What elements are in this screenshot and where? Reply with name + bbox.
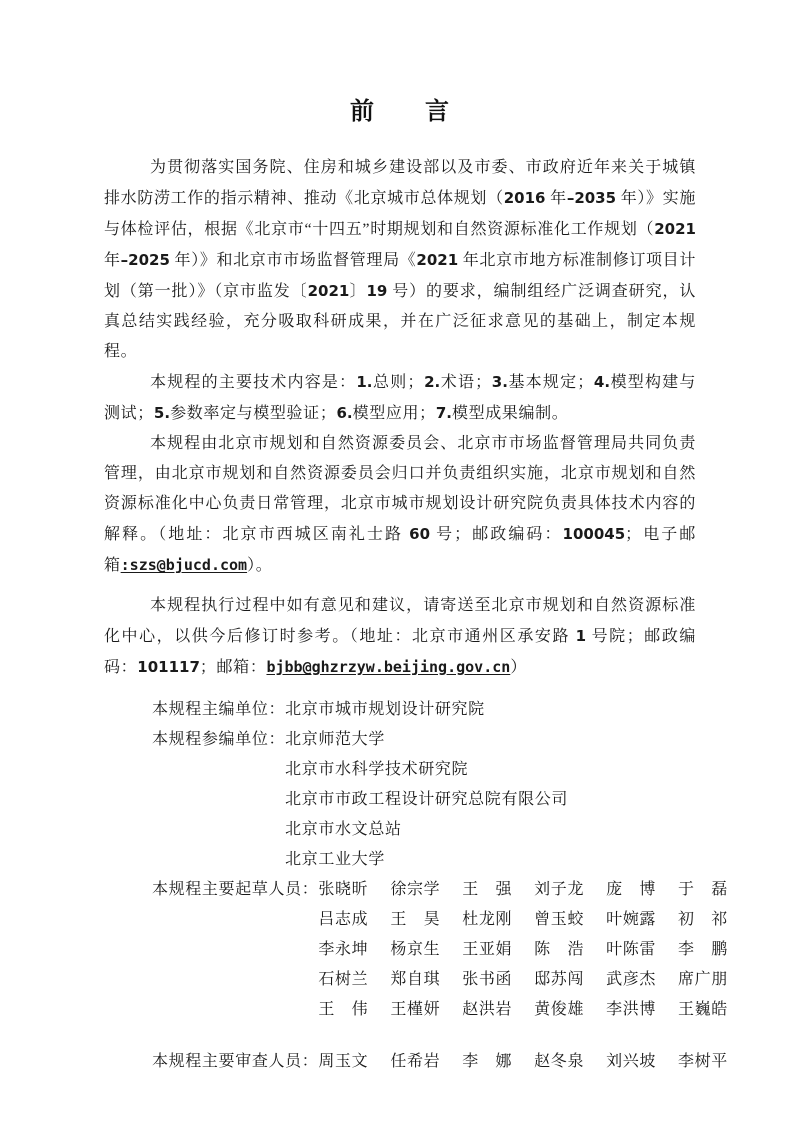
person-name: 陈 浩 (534, 935, 584, 965)
person-name: 叶婉露 (606, 905, 656, 935)
credit-values: 周玉文任希岩李 娜赵冬泉刘兴坡李树平 (318, 1047, 696, 1077)
person-name: 刘兴坡 (606, 1047, 656, 1077)
credit-label: 本规程主要起草人员： (152, 875, 318, 905)
person-name: 李 鹏 (678, 935, 728, 965)
number-text: 7. (436, 404, 452, 422)
number-text: 2021 (416, 251, 458, 269)
credit-line: 周玉文任希岩李 娜赵冬泉刘兴坡李树平 (318, 1047, 696, 1077)
credit-values: 北京市城市规划设计研究院 (285, 695, 696, 725)
document-background: { "title": "前 言", "colors": { "text": "#… (0, 0, 800, 1133)
organization-name: 北京市市政工程设计研究总院有限公司 (285, 785, 568, 815)
email-link[interactable]: :szs@bjucd.com (121, 556, 247, 574)
person-name: 王巍皓 (678, 995, 728, 1025)
number-text: 4. (594, 373, 610, 391)
organization-name: 北京市城市规划设计研究院 (285, 695, 485, 725)
organization-name: 北京师范大学 (285, 725, 385, 755)
credit-line: 北京市市政工程设计研究总院有限公司 (285, 785, 696, 815)
text-run: ；邮箱： (200, 659, 267, 676)
number-text: –2035 (567, 189, 616, 207)
number-text: 2021 (654, 220, 696, 238)
credit-values: 张晓昕徐宗学王 强刘子龙庞 博于 磊吕志成王 昊杜龙刚曾玉蛟叶婉露初 祁李永坤杨… (318, 875, 696, 1025)
credit-row: 本规程主要审查人员：周玉文任希岩李 娜赵冬泉刘兴坡李树平 (152, 1047, 696, 1077)
number-text: 60 (409, 525, 430, 543)
person-name: 张书函 (462, 965, 512, 995)
credit-line: 吕志成王 昊杜龙刚曾玉蛟叶婉露初 祁 (318, 905, 696, 935)
person-name: 杨京生 (390, 935, 440, 965)
number-text: 1 (576, 627, 586, 645)
organization-name: 北京市水科学技术研究院 (285, 755, 468, 785)
person-name: 黄俊雄 (534, 995, 584, 1025)
text-run: 模型应用； (353, 405, 436, 422)
text-run: 术语； (440, 374, 492, 391)
text-run: 〕 (349, 283, 366, 300)
credit-row: 本规程主要起草人员：张晓昕徐宗学王 强刘子龙庞 博于 磊吕志成王 昊杜龙刚曾玉蛟… (152, 875, 696, 1025)
person-name: 周玉文 (318, 1047, 368, 1077)
person-name: 王 强 (462, 875, 512, 905)
person-name: 王 伟 (318, 995, 368, 1025)
number-text: 2021 (308, 282, 350, 300)
person-name: 李 娜 (462, 1047, 512, 1077)
credit-line: 北京市水文总站 (285, 815, 696, 845)
person-name: 王 昊 (390, 905, 440, 935)
paragraph: 本规程执行过程中如有意见和建议，请寄送至北京市规划和自然资源标准化中心，以供今后… (104, 591, 696, 683)
credit-line: 北京工业大学 (285, 845, 696, 875)
person-name: 赵洪岩 (462, 995, 512, 1025)
person-name: 王槿妍 (390, 995, 440, 1025)
number-text: 3. (492, 373, 508, 391)
text-run: 参数率定与模型验证； (170, 405, 336, 422)
text-run: 基本规定； (508, 374, 594, 391)
text-run: 年 (104, 252, 121, 269)
number-text: 100045 (563, 525, 626, 543)
person-name: 邸苏闯 (534, 965, 584, 995)
person-name: 庞 博 (606, 875, 656, 905)
person-name: 张晓昕 (318, 875, 368, 905)
page-title: 前 言 (104, 93, 696, 129)
number-text: 19 (366, 282, 387, 300)
credit-line: 张晓昕徐宗学王 强刘子龙庞 博于 磊 (318, 875, 696, 905)
credit-values: 北京师范大学北京市水科学技术研究院北京市市政工程设计研究总院有限公司北京市水文总… (285, 725, 696, 875)
person-name: 初 祁 (678, 905, 728, 935)
person-name: 王亚娟 (462, 935, 512, 965)
number-text: –2025 (121, 251, 170, 269)
paragraph: 本规程由北京市规划和自然资源委员会、北京市市场监督管理局共同负责管理，由北京市规… (104, 429, 696, 581)
number-text: 101117 (137, 658, 200, 676)
credit-line: 石树兰郑自琪张书函邸苏闯武彦杰席广朋 (318, 965, 696, 995)
person-name: 于 磊 (678, 875, 728, 905)
credits-section: 本规程主编单位：北京市城市规划设计研究院本规程参编单位：北京师范大学北京市水科学… (104, 695, 696, 1077)
number-text: 1. (356, 373, 372, 391)
text-run: 模型成果编制。 (452, 405, 568, 422)
person-name: 赵冬泉 (534, 1047, 584, 1077)
person-name: 武彦杰 (606, 965, 656, 995)
text-run: ）。 (247, 557, 272, 574)
email-link[interactable]: bjbb@ghzrzyw.beijing.gov.cn (266, 658, 510, 676)
preface-paragraphs: 为贯彻落实国务院、住房和城乡建设部以及市委、市政府近年来关于城镇排水防涝工作的指… (104, 153, 696, 683)
text-run: 号；邮政编码： (430, 526, 563, 543)
person-name: 叶陈雷 (606, 935, 656, 965)
credit-line: 北京师范大学 (285, 725, 696, 755)
person-name: 任希岩 (390, 1047, 440, 1077)
credit-label: 本规程参编单位： (152, 725, 285, 755)
person-name: 李洪博 (606, 995, 656, 1025)
text-run: ） (510, 659, 527, 676)
number-text: 2. (424, 373, 440, 391)
person-name: 刘子龙 (534, 875, 584, 905)
person-name: 李永坤 (318, 935, 368, 965)
text-run: 本规程的主要技术内容是： (150, 374, 356, 391)
organization-name: 北京工业大学 (285, 845, 385, 875)
person-name: 徐宗学 (390, 875, 440, 905)
person-name: 石树兰 (318, 965, 368, 995)
number-text: 6. (336, 404, 352, 422)
credit-row: 本规程主编单位：北京市城市规划设计研究院 (152, 695, 696, 725)
person-name: 席广朋 (678, 965, 728, 995)
person-name: 李树平 (678, 1047, 728, 1077)
person-name: 曾玉蛟 (534, 905, 584, 935)
credit-line: 李永坤杨京生王亚娟陈 浩叶陈雷李 鹏 (318, 935, 696, 965)
paragraph: 本规程的主要技术内容是：1.总则；2.术语；3.基本规定；4.模型构建与测试；5… (104, 367, 696, 429)
text-run: 总则； (372, 374, 424, 391)
credit-line: 王 伟王槿妍赵洪岩黄俊雄李洪博王巍皓 (318, 995, 696, 1025)
organization-name: 北京市水文总站 (285, 815, 401, 845)
credit-label: 本规程主编单位： (152, 695, 285, 725)
credit-line: 北京市城市规划设计研究院 (285, 695, 696, 725)
person-name: 杜龙刚 (462, 905, 512, 935)
credit-row: 本规程参编单位：北京师范大学北京市水科学技术研究院北京市市政工程设计研究总院有限… (152, 725, 696, 875)
person-name: 郑自琪 (390, 965, 440, 995)
credit-label: 本规程主要审查人员： (152, 1047, 318, 1077)
paragraph: 为贯彻落实国务院、住房和城乡建设部以及市委、市政府近年来关于城镇排水防涝工作的指… (104, 153, 696, 367)
text-run: 年 (546, 190, 567, 207)
number-text: 5. (154, 404, 170, 422)
credit-line: 北京市水科学技术研究院 (285, 755, 696, 785)
text-run: 年）》和北京市市场监督管理局《 (170, 252, 417, 269)
number-text: 2016 (504, 189, 546, 207)
document-page: 前 言 为贯彻落实国务院、住房和城乡建设部以及市委、市政府近年来关于城镇排水防涝… (0, 0, 800, 1133)
person-name: 吕志成 (318, 905, 368, 935)
